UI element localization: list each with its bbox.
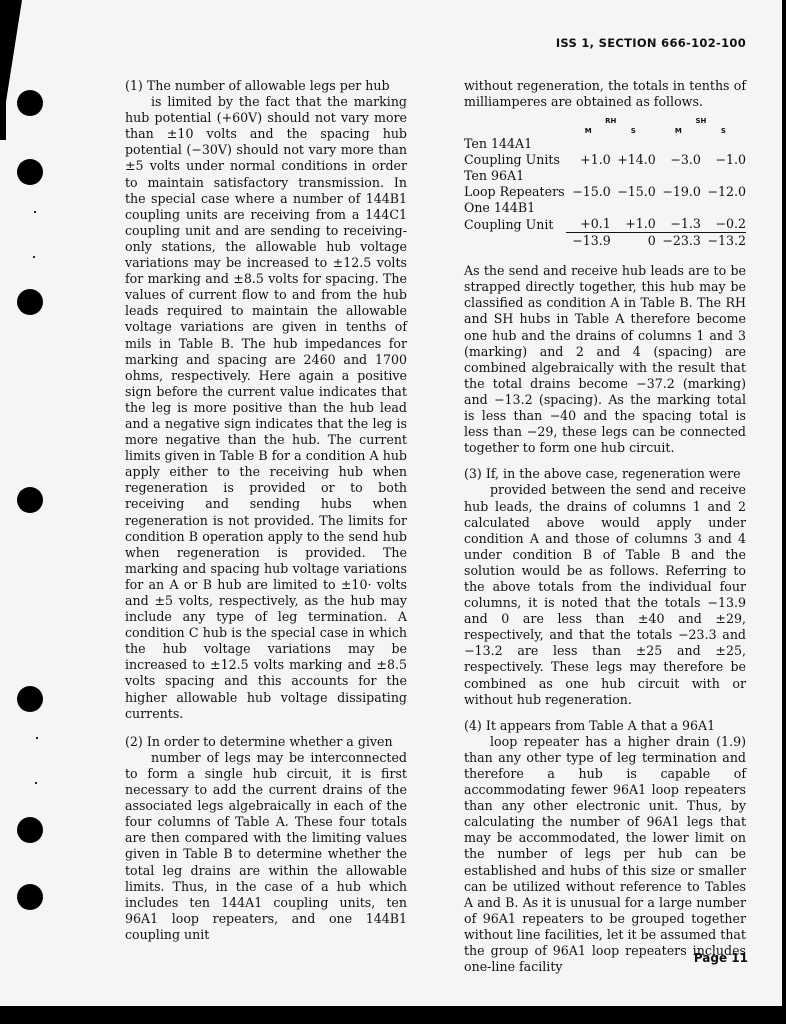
paragraph-first-line: The number of allowable legs per hub (147, 78, 390, 93)
paragraph-body: loop repeater has a higher drain (1.9) t… (464, 734, 746, 975)
table-row: Ten 96A1 (464, 168, 746, 184)
scan-speck (34, 211, 36, 213)
punch-hole-icon (17, 686, 43, 712)
group-header-rh: RH (566, 116, 656, 126)
intro-text: without regeneration, the totals in tent… (464, 78, 746, 110)
paragraph-body: is limited by the fact that the marking … (125, 94, 407, 722)
page-number: Page 11 (694, 951, 748, 965)
scan-speck (33, 256, 35, 258)
punch-hole-icon (17, 289, 43, 315)
after-table-text: As the send and receive hub leads are to… (464, 263, 746, 456)
group-header-sh: SH (656, 116, 746, 126)
table-row: Ten 144A1 (464, 136, 746, 152)
paragraph-body: number of legs may be interconnected to … (125, 750, 407, 943)
punch-hole-icon (17, 159, 43, 185)
scan-edge-bottom (0, 1006, 786, 1024)
table-total-row: −13.9 0 −23.3 −13.2 (464, 233, 746, 250)
paragraph-1: (1) The number of allowable legs per hub… (125, 78, 407, 722)
paragraph-number: (1) (125, 78, 143, 93)
punch-hole-icon (17, 884, 43, 910)
punch-hole-icon (17, 90, 43, 116)
paragraph-first-line: It appears from Table A that a 96A1 (486, 718, 715, 733)
punch-hole-icon (17, 817, 43, 843)
paragraph-4: (4) It appears from Table A that a 96A1 … (464, 718, 746, 976)
scan-speck (36, 737, 38, 739)
paragraph-first-line: In order to determine whether a given (147, 734, 393, 749)
table-row: Loop Repeaters −15.0 −15.0 −19.0 −12.0 (464, 184, 746, 200)
col-header: S (611, 126, 656, 136)
right-column: without regeneration, the totals in tent… (464, 78, 746, 985)
col-header: M (566, 126, 611, 136)
section-header: ISS 1, SECTION 666-102-100 (556, 36, 746, 50)
paragraph-number: (2) (125, 734, 143, 749)
paragraph-3: (3) If, in the above case, regeneration … (464, 466, 746, 707)
scan-edge-left-strip (0, 0, 6, 140)
left-column: (1) The number of allowable legs per hub… (125, 78, 407, 953)
paragraph-first-line: If, in the above case, regeneration were (486, 466, 741, 481)
current-drain-table: RH SH M S M S Ten 144A1 Coupling Units +… (464, 116, 746, 249)
table-row: Coupling Units +1.0 +14.0 −3.0 −1.0 (464, 152, 746, 168)
scan-speck (35, 782, 37, 784)
col-header: M (656, 126, 701, 136)
col-header: S (701, 126, 746, 136)
paragraph-2: (2) In order to determine whether a give… (125, 734, 407, 943)
punch-hole-icon (17, 487, 43, 513)
paragraph-number: (3) (464, 466, 482, 481)
scan-edge-right (782, 0, 786, 1024)
table-row: One 144B1 (464, 200, 746, 216)
paragraph-body: provided between the send and receive hu… (464, 482, 746, 707)
paragraph-number: (4) (464, 718, 482, 733)
table-row: Coupling Unit +0.1 +1.0 −1.3 −0.2 (464, 216, 746, 233)
